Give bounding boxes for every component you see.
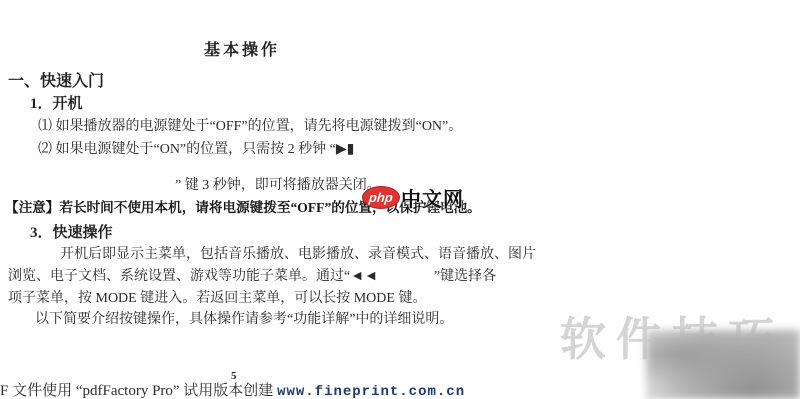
subsection-heading-quick-operation: 3．快速操作: [30, 221, 113, 242]
php-logo-ellipse-icon: php: [362, 186, 400, 209]
pdffactory-footer: F 文件使用 “pdfFactory Pro” 试用版本创建 www.finep…: [0, 379, 465, 399]
paragraph-line-1: 开机后即显示主菜单，包括音乐播放、电影播放、录音模式、语音播放、图片: [60, 243, 536, 263]
logo-cn-text: 中文网: [401, 183, 464, 212]
fineprint-link[interactable]: www.fineprint.com.cn: [277, 384, 465, 399]
page-title: 基本操作: [204, 37, 280, 60]
shutdown-continuation-text: ” 键 3 秒钟，即可将播放器关闭。: [175, 174, 381, 194]
footer-text: F 文件使用 “pdfFactory Pro” 试用版本创建: [0, 383, 277, 399]
php-cn-watermark-logo: php 中文网: [362, 183, 464, 212]
paragraph-closing-line: 以下简要介绍按键操作，具体操作请参考“功能详解”中的详细说明。: [35, 308, 453, 328]
subsection-heading-power-on: 1．开机: [30, 92, 83, 113]
step-1-text: ⑴ 如果播放器的电源键处于“OFF”的位置，请先将电源键拨到“ON”。: [38, 115, 462, 135]
paragraph-line-2: 浏览、电子文档、系统设置、游戏等功能子菜单。通过“◄◄ ”键选择各: [8, 265, 496, 285]
section-heading-quick-start: 一、快速入门: [8, 68, 104, 91]
php-logo-text: php: [368, 190, 393, 205]
scanned-manual-page: { "doc": { "title": "基本操作", "section_hea…: [0, 0, 800, 399]
blurred-smudge-block: [646, 330, 800, 399]
paragraph-line-3: 项子菜单，按 MODE 键进入。若返回主菜单，可以长按 MODE 键。: [8, 287, 426, 307]
step-2-text: ⑵ 如果电源键处于“ON”的位置，只需按 2 秒钟 “▶▮: [38, 138, 354, 158]
page-number: 5: [231, 370, 237, 382]
